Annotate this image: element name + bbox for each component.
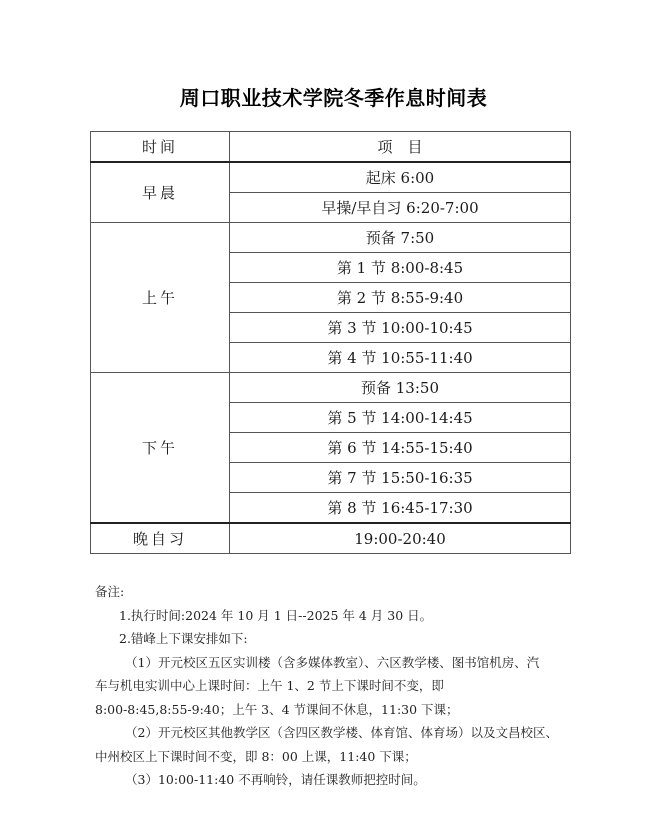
schedule-item: 预备 13:50 — [230, 373, 571, 403]
header-time: 时间 — [91, 132, 230, 163]
period-evening: 晚自习 — [91, 523, 230, 554]
schedule-item: 预备 7:50 — [230, 223, 571, 253]
note-item: 2.错峰上下课安排如下: — [95, 627, 575, 651]
note-item: 1.执行时间:2024 年 10 月 1 日--2025 年 4 月 30 日。 — [95, 604, 575, 628]
notes-section: 备注: 1.执行时间:2024 年 10 月 1 日--2025 年 4 月 3… — [95, 580, 575, 792]
note-sub-item: （1）开元校区五区实训楼（含多媒体教室）、六区教学楼、图书馆机房、汽 — [95, 651, 575, 675]
period-morning: 早晨 — [91, 162, 230, 223]
table-row: 上午 预备 7:50 — [91, 223, 571, 253]
note-sub-item: （2）开元校区其他教学区（含四区教学楼、体育馆、体育场）以及文昌校区、 — [95, 721, 575, 745]
schedule-item: 第 7 节 15:50-16:35 — [230, 463, 571, 493]
table-header-row: 时间 项 目 — [91, 132, 571, 163]
schedule-item: 第 6 节 14:55-15:40 — [230, 433, 571, 463]
period-forenoon: 上午 — [91, 223, 230, 373]
schedule-item: 第 5 节 14:00-14:45 — [230, 403, 571, 433]
schedule-item: 起床 6:00 — [230, 162, 571, 193]
schedule-item: 19:00-20:40 — [230, 523, 571, 554]
table-row: 下午 预备 13:50 — [91, 373, 571, 403]
notes-heading: 备注: — [95, 580, 575, 604]
header-item: 项 目 — [230, 132, 571, 163]
note-sub-item: （3）10:00-11:40 不再响铃，请任课教师把控时间。 — [95, 768, 575, 792]
table-row: 晚自习 19:00-20:40 — [91, 523, 571, 554]
schedule-item: 第 4 节 10:55-11:40 — [230, 343, 571, 373]
note-sub-item-cont: 中州校区上下课时间不变，即 8：00 上课，11:40 下课； — [95, 745, 575, 769]
schedule-item: 早操/早自习 6:20-7:00 — [230, 193, 571, 223]
period-afternoon: 下午 — [91, 373, 230, 524]
table-row: 早晨 起床 6:00 — [91, 162, 571, 193]
schedule-table: 时间 项 目 早晨 起床 6:00 早操/早自习 6:20-7:00 上午 预备… — [90, 131, 571, 554]
note-sub-item-cont: 8:00-8:45,8:55-9:40；上午 3、4 节课间不休息，11:30 … — [95, 698, 575, 722]
schedule-item: 第 8 节 16:45-17:30 — [230, 493, 571, 524]
note-sub-item-cont: 车与机电实训中心上课时间：上午 1、2 节上下课时间不变，即 — [95, 674, 575, 698]
schedule-item: 第 3 节 10:00-10:45 — [230, 313, 571, 343]
schedule-item: 第 1 节 8:00-8:45 — [230, 253, 571, 283]
page-title: 周口职业技术学院冬季作息时间表 — [0, 82, 667, 111]
schedule-item: 第 2 节 8:55-9:40 — [230, 283, 571, 313]
